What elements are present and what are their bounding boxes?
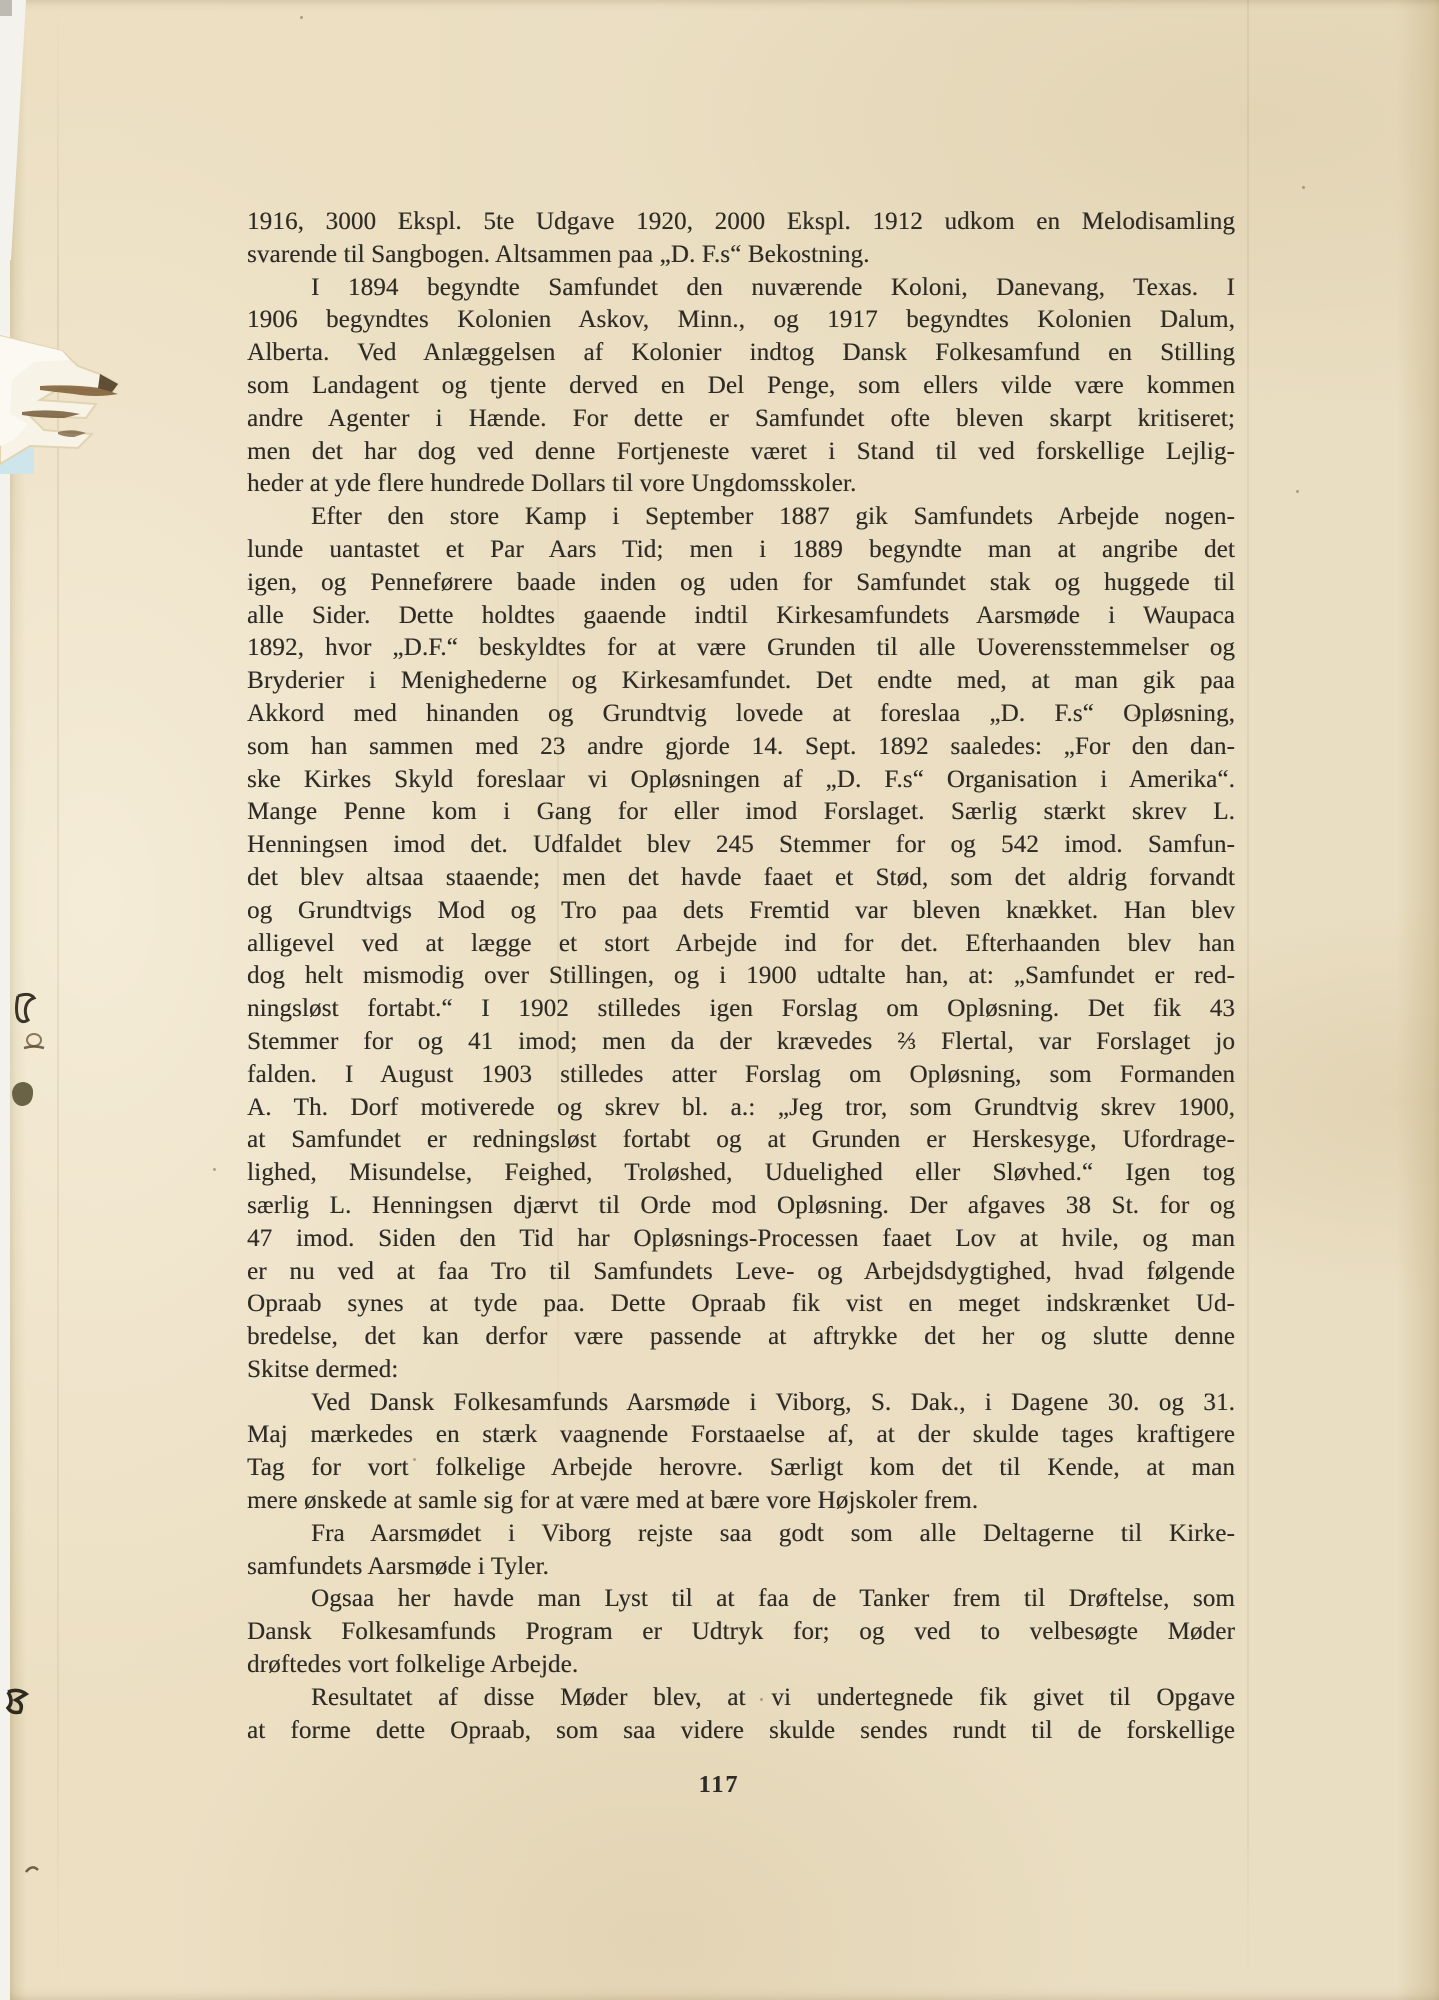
text-line: det blev altsaa staaende; men det havde … <box>247 862 1235 895</box>
text-line: 1906 begyndtes Kolonien Askov, Minn., og… <box>247 304 1235 337</box>
text-line: Fra Aarsmødet i Viborg rejste saa godt s… <box>247 1518 1235 1551</box>
text-line: som han sammen med 23 andre gjorde 14. S… <box>247 731 1235 764</box>
text-line: Maj mærkedes en stærk vaagnende Forstaae… <box>247 1419 1235 1452</box>
text-line: Opraab synes at tyde paa. Dette Opraab f… <box>247 1288 1235 1321</box>
text-line: Stemmer for og 41 imod; men da der kræve… <box>247 1026 1235 1059</box>
speck <box>300 16 303 19</box>
text-line: at Samfundet er redningsløst fortabt og … <box>247 1124 1235 1157</box>
text-line: Henningsen imod det. Udfaldet blev 245 S… <box>247 829 1235 862</box>
text-line: I 1894 begyndte Samfundet den nuværende … <box>247 272 1235 305</box>
text-line: falden. I August 1903 stilledes atter Fo… <box>247 1059 1235 1092</box>
text-line: drøftedes vort folkelige Arbejde. <box>247 1649 1235 1682</box>
text-line: alle Sider. Dette holdtes gaaende indtil… <box>247 600 1235 633</box>
text-line: mere ønskede at samle sig for at være me… <box>247 1485 1235 1518</box>
corner-shadow <box>0 0 12 16</box>
text-line: bredelse, det kan derfor være passende a… <box>247 1321 1235 1354</box>
text-line: samfundets Aarsmøde i Tyler. <box>247 1551 1235 1584</box>
body-text: 1916, 3000 Ekspl. 5te Udgave 1920, 2000 … <box>247 206 1235 1747</box>
text-line: Dansk Folkesamfunds Program er Udtryk fo… <box>247 1616 1235 1649</box>
text-line: dog helt mismodig over Stillingen, og i … <box>247 960 1235 993</box>
text-line: Tag for vort folkelige Arbejde herovre. … <box>247 1452 1235 1485</box>
text-line: 1892, hvor „D.F.“ beskyldtes for at være… <box>247 632 1235 665</box>
text-line: Resultatet af disse Møder blev, at vi un… <box>247 1682 1235 1715</box>
text-line: Efter den store Kamp i September 1887 gi… <box>247 501 1235 534</box>
text-line: heder at yde flere hundrede Dollars til … <box>247 468 1235 501</box>
text-line: som Landagent og tjente derved en Del Pe… <box>247 370 1235 403</box>
text-line: særlig L. Henningsen djærvt til Orde mod… <box>247 1190 1235 1223</box>
text-line: andre Agenter i Hænde. For dette er Samf… <box>247 403 1235 436</box>
text-line: og Grundtvigs Mod og Tro paa dets Fremti… <box>247 895 1235 928</box>
text-line: Mange Penne kom i Gang for eller imod Fo… <box>247 796 1235 829</box>
text-line: men det har dog ved denne Fortjeneste væ… <box>247 436 1235 469</box>
text-line: 47 imod. Siden den Tid har Opløsnings-Pr… <box>247 1223 1235 1256</box>
text-line: ske Kirkes Skyld foreslaar vi Opløsninge… <box>247 764 1235 797</box>
text-line: lighed, Misundelse, Feighed, Troløshed, … <box>247 1157 1235 1190</box>
text-line: igen, og Penneførere baade inden og uden… <box>247 567 1235 600</box>
text-line: lunde uantastet et Par Aars Tid; men i 1… <box>247 534 1235 567</box>
speck <box>1296 490 1299 493</box>
text-line: Skitse dermed: <box>247 1354 1235 1387</box>
text-line: alligevel ved at lægge et stort Arbejde … <box>247 928 1235 961</box>
text-line: Akkord med hinanden og Grundtvig lovede … <box>247 698 1235 731</box>
page-number: 117 <box>225 1772 1213 1799</box>
text-line: at forme dette Opraab, som saa videre sk… <box>247 1715 1235 1748</box>
speck <box>213 1168 216 1171</box>
text-line: Alberta. Ved Anlæggelsen af Kolonier ind… <box>247 337 1235 370</box>
text-line: er nu ved at faa Tro til Samfundets Leve… <box>247 1256 1235 1289</box>
text-line: Bryderier i Menighederne og Kirkesamfund… <box>247 665 1235 698</box>
text-line: A. Th. Dorf motiverede og skrev bl. a.: … <box>247 1092 1235 1125</box>
text-line: ningsløst fortabt.“ I 1902 stilledes ige… <box>247 993 1235 1026</box>
page-scan: 1916, 3000 Ekspl. 5te Udgave 1920, 2000 … <box>0 0 1439 2000</box>
speck <box>1302 186 1305 189</box>
text-line: 1916, 3000 Ekspl. 5te Udgave 1920, 2000 … <box>247 206 1235 239</box>
text-line: svarende til Sangbogen. Altsammen paa „D… <box>247 239 1235 272</box>
text-line: Ogsaa her havde man Lyst til at faa de T… <box>247 1583 1235 1616</box>
text-line: Ved Dansk Folkesamfunds Aarsmøde i Vibor… <box>247 1387 1235 1420</box>
